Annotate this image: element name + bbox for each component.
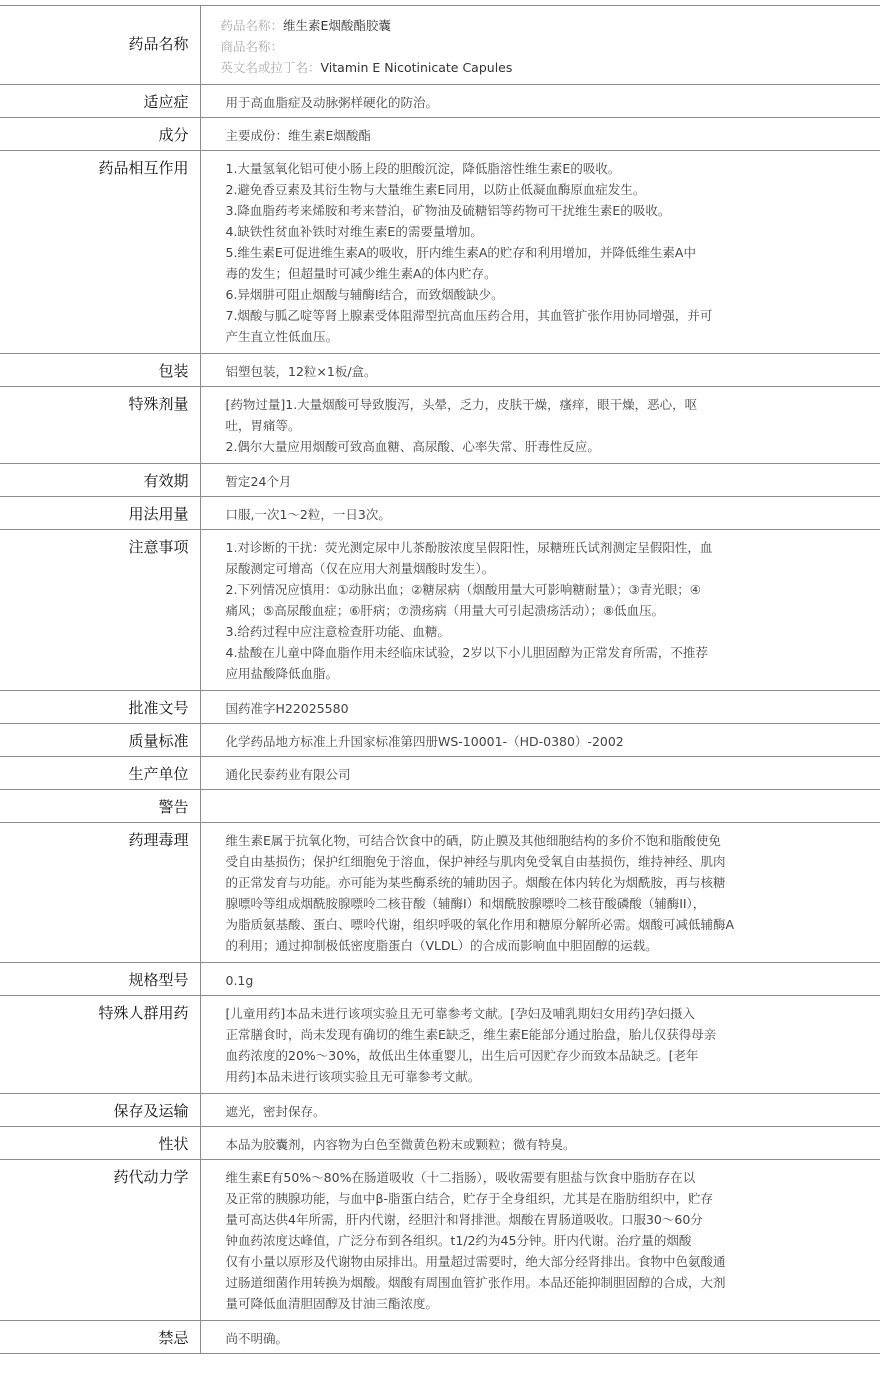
table-row: 性状本品为胶囊剂，内容物为白色至微黄色粉末或颗粒；微有特臭。 [0, 1127, 880, 1160]
row-label: 警告 [0, 790, 200, 823]
row-value: 主要成份：维生素E烟酸酯 [200, 118, 880, 151]
row-label-text: 药品相互作用 [0, 151, 189, 178]
row-label-text: 用法用量 [0, 497, 189, 524]
table-row: 成分主要成份：维生素E烟酸酯 [0, 118, 880, 151]
table-row-drug-name: 药品名称 药品名称：维生素E烟酸酯胶囊 商品名称： 英文名或拉丁名：Vitami… [0, 6, 880, 85]
table-row: 用法用量口服,一次1～2粒，一日3次。 [0, 497, 880, 530]
row-value-line: 口服,一次1～2粒，一日3次。 [226, 505, 821, 524]
row-value-line: 血药浓度的20%～30%，故低出生体重婴儿，出生后可因贮存少而致本品缺乏。[老年 [226, 1045, 821, 1066]
row-label: 注意事项 [0, 530, 200, 691]
row-value: 化学药品地方标准上升国家标准第四册WS-10001-（HD-0380）-2002 [200, 724, 880, 757]
row-value-line: 为脂质氨基酸、蛋白、嘌呤代谢，组织呼吸的氧化作用和糖原分解所必需。烟酸可减低辅酶… [226, 914, 821, 935]
row-value: 通化民泰药业有限公司 [200, 757, 880, 790]
english-name-key: 英文名或拉丁名： [221, 60, 321, 75]
row-value: 药品名称：维生素E烟酸酯胶囊 商品名称： 英文名或拉丁名：Vitamin E N… [200, 6, 880, 85]
row-value-line: 通化民泰药业有限公司 [226, 765, 821, 784]
row-value-line: 主要成份：维生素E烟酸酯 [226, 126, 821, 145]
row-value-line: 遮光，密封保存。 [226, 1102, 821, 1121]
row-value-line: 本品为胶囊剂，内容物为白色至微黄色粉末或颗粒；微有特臭。 [226, 1135, 821, 1154]
row-label-text: 保存及运输 [0, 1094, 189, 1121]
row-value-line: 受自由基损伤；保护红细胞免于溶血，保护神经与肌肉免受氧自由基损伤，维持神经、肌肉 [226, 851, 821, 872]
row-label: 用法用量 [0, 497, 200, 530]
table-row: 注意事项1.对诊断的干扰：荧光测定尿中儿茶酚胺浓度呈假阳性，尿糖班氏试剂测定呈假… [0, 530, 880, 691]
row-value: 口服,一次1～2粒，一日3次。 [200, 497, 880, 530]
row-value-line: 量可降低血清胆固醇及甘油三酯浓度。 [226, 1293, 821, 1314]
row-label-text: 质量标准 [0, 724, 189, 751]
row-value-line [226, 798, 821, 817]
row-value-line: 0.1g [226, 971, 821, 990]
row-label-text: 注意事项 [0, 530, 189, 557]
table-row: 生产单位通化民泰药业有限公司 [0, 757, 880, 790]
table-row: 警告 [0, 790, 880, 823]
row-value: 暂定24个月 [200, 464, 880, 497]
row-value [200, 790, 880, 823]
table-row: 质量标准化学药品地方标准上升国家标准第四册WS-10001-（HD-0380）-… [0, 724, 880, 757]
row-label-text: 药理毒理 [0, 823, 189, 850]
row-value: 0.1g [200, 963, 880, 996]
row-value-line: 及正常的胰腺功能，与血中β-脂蛋白结合，贮存于全身组织，尤其是在脂肪组织中，贮存 [226, 1188, 821, 1209]
row-value: 本品为胶囊剂，内容物为白色至微黄色粉末或颗粒；微有特臭。 [200, 1127, 880, 1160]
table-row: 特殊人群用药[儿童用药]本品未进行该项实验且无可靠参考文献。[孕妇及哺乳期妇女用… [0, 996, 880, 1094]
table-row: 保存及运输遮光，密封保存。 [0, 1094, 880, 1127]
drug-spec-table: 药品名称 药品名称：维生素E烟酸酯胶囊 商品名称： 英文名或拉丁名：Vitami… [0, 5, 880, 1354]
generic-name-value: 维生素E烟酸酯胶囊 [283, 18, 391, 33]
row-label: 包装 [0, 354, 200, 387]
row-label-text: 特殊人群用药 [0, 996, 189, 1023]
row-value-line: 尚不明确。 [226, 1329, 821, 1348]
table-row: 药代动力学维生素E有50%～80%在肠道吸收（十二指肠），吸收需要有胆盐与饮食中… [0, 1160, 880, 1321]
row-label-text: 特殊剂量 [0, 387, 189, 414]
row-value-line: [药物过量]1.大量烟酸可导致腹泻，头晕，乏力，皮肤干燥，瘙痒，眼干燥，恶心，呕 [226, 394, 821, 415]
row-label: 药代动力学 [0, 1160, 200, 1321]
row-value-line: 量可高达供4年所需，肝内代谢，经胆汁和肾排泄。烟酸在胃肠道吸收。口服30～60分 [226, 1209, 821, 1230]
row-label-text: 规格型号 [0, 963, 189, 990]
row-label: 特殊剂量 [0, 387, 200, 464]
trade-name-line: 商品名称： [221, 36, 821, 57]
row-label: 有效期 [0, 464, 200, 497]
row-value-line: 应用盐酸降低血脂。 [226, 663, 821, 684]
table-row: 药品相互作用1.大量氢氧化铝可使小肠上段的胆酸沉淀，降低脂溶性维生素E的吸收。2… [0, 151, 880, 354]
row-value: [药物过量]1.大量烟酸可导致腹泻，头晕，乏力，皮肤干燥，瘙痒，眼干燥，恶心，呕… [200, 387, 880, 464]
row-value-line: 1.对诊断的干扰：荧光测定尿中儿茶酚胺浓度呈假阳性，尿糖班氏试剂测定呈假阳性，血 [226, 537, 821, 558]
row-label-text: 批准文号 [0, 691, 189, 718]
row-label-text: 有效期 [0, 464, 189, 491]
row-value-line: 化学药品地方标准上升国家标准第四册WS-10001-（HD-0380）-2002 [226, 732, 821, 751]
row-value-line: 仅有小量以原形及代谢物由尿排出。用量超过需要时，绝大部分经肾排出。食物中色氨酸通 [226, 1251, 821, 1272]
row-value-line: 用药]本品未进行该项实验且无可靠参考文献。 [226, 1066, 821, 1087]
row-value-line: 维生素E属于抗氧化物，可结合饮食中的硒，防止膜及其他细胞结构的多价不饱和脂酸使免 [226, 830, 821, 851]
row-value-line: 1.大量氢氧化铝可使小肠上段的胆酸沉淀，降低脂溶性维生素E的吸收。 [226, 158, 821, 179]
row-value-line: 的正常发育与功能。亦可能为某些酶系统的辅助因子。烟酸在体内转化为烟酰胺，再与核糖 [226, 872, 821, 893]
row-value: 国药准字H22025580 [200, 691, 880, 724]
row-label: 适应症 [0, 85, 200, 118]
row-value-line: 国药准字H22025580 [226, 699, 821, 718]
english-name-value: Vitamin E Nicotinicate Capules [321, 60, 513, 75]
generic-name-key: 药品名称： [221, 18, 284, 33]
row-label-text: 适应症 [0, 85, 189, 112]
row-value-line: 3.降血脂药考来烯胺和考来替泊，矿物油及硫糖铝等药物可干扰维生素E的吸收。 [226, 200, 821, 221]
row-label: 规格型号 [0, 963, 200, 996]
row-value-line: 正常膳食时，尚未发现有确切的维生素E缺乏，维生素E能部分通过胎盘，胎儿仅获得母亲 [226, 1024, 821, 1045]
row-value: [儿童用药]本品未进行该项实验且无可靠参考文献。[孕妇及哺乳期妇女用药]孕妇摄入… [200, 996, 880, 1094]
table-row: 适应症用于高血脂症及动脉粥样硬化的防治。 [0, 85, 880, 118]
row-value-line: 的利用；通过抑制极低密度脂蛋白（VLDL）的合成而影响血中胆固醇的运载。 [226, 935, 821, 956]
row-label: 特殊人群用药 [0, 996, 200, 1094]
row-value-line: 暂定24个月 [226, 472, 821, 491]
row-value: 铝塑包装，12粒×1板/盒。 [200, 354, 880, 387]
row-value: 维生素E属于抗氧化物，可结合饮食中的硒，防止膜及其他细胞结构的多价不饱和脂酸使免… [200, 823, 880, 963]
row-value-line: 4.缺铁性贫血补铁时对维生素E的需要量增加。 [226, 221, 821, 242]
row-label-text: 包装 [0, 354, 189, 381]
row-value-line: 维生素E有50%～80%在肠道吸收（十二指肠），吸收需要有胆盐与饮食中脂肪存在以 [226, 1167, 821, 1188]
row-label: 生产单位 [0, 757, 200, 790]
row-value-line: 4.盐酸在儿童中降血脂作用未经临床试验，2岁以下小儿胆固醇为正常发育所需，不推荐 [226, 642, 821, 663]
row-value-line: 用于高血脂症及动脉粥样硬化的防治。 [226, 93, 821, 112]
row-value: 遮光，密封保存。 [200, 1094, 880, 1127]
row-value-line: 腺嘌呤等组成烟酰胺腺嘌呤二核苷酸（辅酶I）和烟酰胺腺嘌呤二核苷酸磷酸（辅酶II）… [226, 893, 821, 914]
row-label: 成分 [0, 118, 200, 151]
row-label-text: 禁忌 [0, 1321, 189, 1348]
row-value-line: 3.给药过程中应注意检查肝功能、血糖。 [226, 621, 821, 642]
generic-name-line: 药品名称：维生素E烟酸酯胶囊 [221, 15, 821, 36]
row-value: 尚不明确。 [200, 1321, 880, 1354]
row-label: 药理毒理 [0, 823, 200, 963]
row-value-line: 痛风；⑤高尿酸血症；⑥肝病；⑦溃疡病（用量大可引起溃疡活动）；⑧低血压。 [226, 600, 821, 621]
table-row: 禁忌尚不明确。 [0, 1321, 880, 1354]
row-label-text: 药品名称 [0, 6, 189, 54]
row-value-line: 过肠道细菌作用转换为烟酸。烟酸有周围血管扩张作用。本品还能抑制胆固醇的合成，大剂 [226, 1272, 821, 1293]
row-label: 药品相互作用 [0, 151, 200, 354]
row-value-line: 6.异烟肼可阻止烟酸与辅酶I结合，而致烟酸缺少。 [226, 284, 821, 305]
english-name-line: 英文名或拉丁名：Vitamin E Nicotinicate Capules [221, 57, 821, 78]
row-value-line: 铝塑包装，12粒×1板/盒。 [226, 362, 821, 381]
row-value-line: 钟血药浓度达峰值，广泛分布到各组织。t1/2约为45分钟。肝内代谢。治疗量的烟酸 [226, 1230, 821, 1251]
row-value-line: 吐，胃痛等。 [226, 415, 821, 436]
row-value-line: 7.烟酸与胍乙啶等肾上腺素受体阻滞型抗高血压药合用，其血管扩张作用协同增强，并可 [226, 305, 821, 326]
row-label: 药品名称 [0, 6, 200, 85]
row-label-text: 成分 [0, 118, 189, 145]
row-value-line: 2.偶尔大量应用烟酸可致高血糖、高尿酸、心率失常、肝毒性反应。 [226, 436, 821, 457]
row-label: 批准文号 [0, 691, 200, 724]
row-label-text: 生产单位 [0, 757, 189, 784]
row-label: 性状 [0, 1127, 200, 1160]
row-label-text: 性状 [0, 1127, 189, 1154]
trade-name-key: 商品名称： [221, 39, 284, 54]
row-label: 质量标准 [0, 724, 200, 757]
table-row: 包装铝塑包装，12粒×1板/盒。 [0, 354, 880, 387]
table-row: 特殊剂量[药物过量]1.大量烟酸可导致腹泻，头晕，乏力，皮肤干燥，瘙痒，眼干燥，… [0, 387, 880, 464]
row-label-text: 警告 [0, 790, 189, 817]
row-value: 维生素E有50%～80%在肠道吸收（十二指肠），吸收需要有胆盐与饮食中脂肪存在以… [200, 1160, 880, 1321]
row-value-line: 2.避免香豆素及其衍生物与大量维生素E同用，以防止低凝血酶原血症发生。 [226, 179, 821, 200]
row-value-line: 2.下列情况应慎用：①动脉出血；②糖尿病（烟酸用量大可影响糖耐量）；③青光眼；④ [226, 579, 821, 600]
row-value: 用于高血脂症及动脉粥样硬化的防治。 [200, 85, 880, 118]
row-label-text: 药代动力学 [0, 1160, 189, 1187]
table-row: 规格型号0.1g [0, 963, 880, 996]
row-value-line: [儿童用药]本品未进行该项实验且无可靠参考文献。[孕妇及哺乳期妇女用药]孕妇摄入 [226, 1003, 821, 1024]
row-value-line: 产生直立性低血压。 [226, 326, 821, 347]
row-value-line: 尿酸测定可增高（仅在应用大剂量烟酸时发生）。 [226, 558, 821, 579]
table-row: 批准文号国药准字H22025580 [0, 691, 880, 724]
row-value-line: 5.维生素E可促进维生素A的吸收，肝内维生素A的贮存和利用增加，并降低维生素A中 [226, 242, 821, 263]
row-value: 1.对诊断的干扰：荧光测定尿中儿茶酚胺浓度呈假阳性，尿糖班氏试剂测定呈假阳性，血… [200, 530, 880, 691]
row-value: 1.大量氢氧化铝可使小肠上段的胆酸沉淀，降低脂溶性维生素E的吸收。2.避免香豆素… [200, 151, 880, 354]
row-value-line: 毒的发生；但超量时可减少维生素A的体内贮存。 [226, 263, 821, 284]
table-row: 药理毒理维生素E属于抗氧化物，可结合饮食中的硒，防止膜及其他细胞结构的多价不饱和… [0, 823, 880, 963]
row-label: 禁忌 [0, 1321, 200, 1354]
row-label: 保存及运输 [0, 1094, 200, 1127]
table-row: 有效期暂定24个月 [0, 464, 880, 497]
